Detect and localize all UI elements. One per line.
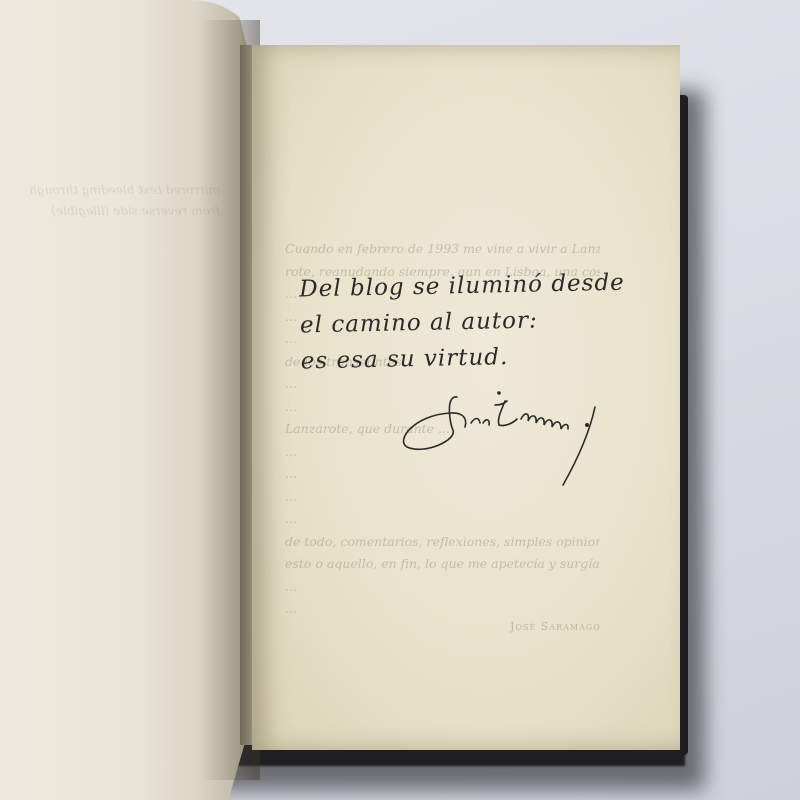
printed-line: ... (285, 508, 600, 531)
printed-line: de todo, comentarios, reflexiones, simpl… (285, 531, 600, 554)
left-page-show-through: mirrored text bleeding through from reve… (20, 180, 220, 222)
printed-line: ... (285, 576, 600, 599)
printed-line: esto o aquello, en fin, lo que me apetec… (285, 553, 600, 576)
handwritten-signature: José Saramago (395, 385, 625, 495)
photo-scene: mirrored text bleeding through from reve… (0, 0, 800, 800)
show-through-text: mirrored text bleeding through from reve… (20, 180, 220, 222)
inscription-line: es esa su virtud. (300, 337, 631, 380)
handwritten-inscription: Del blog se iluminó desde el camino al a… (299, 265, 631, 380)
printed-line: ... (285, 598, 600, 621)
inscription-line: Del blog se iluminó desde (299, 265, 630, 308)
printed-attribution: José Saramago (510, 620, 601, 633)
printed-line: Cuando en febrero de 1993 me vine a vivi… (285, 238, 600, 261)
